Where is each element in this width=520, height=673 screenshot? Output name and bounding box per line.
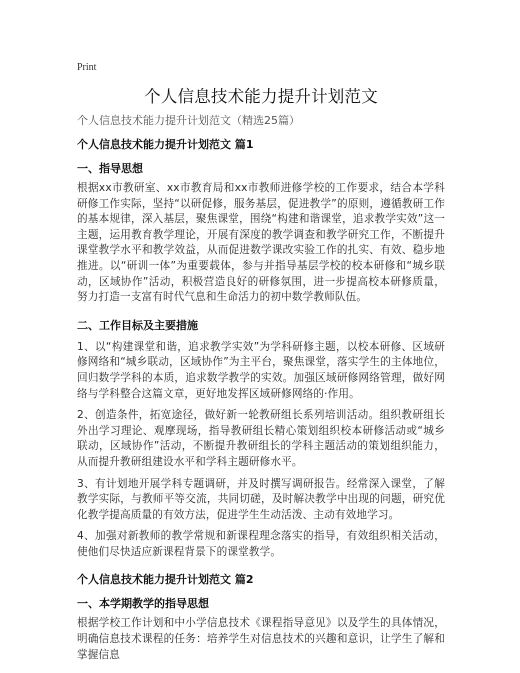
paragraph: 根据xx市教研室、xx市教育局和xx市教师进修学校的工作要求，结合本学科研修工作… bbox=[77, 181, 445, 306]
print-link[interactable]: Print bbox=[77, 60, 445, 76]
section-heading: 一、指导思想 bbox=[77, 161, 445, 177]
section-heading: 一、本学期教学的指导思想 bbox=[77, 596, 445, 612]
paragraph: 3、有计划地开展学科专题调研，并及时撰写调研报告。经常深入课堂，了解教学实际，与… bbox=[77, 477, 445, 524]
document-page: Print 个人信息技术能力提升计划范文 个人信息技术能力提升计划范文（精选25… bbox=[77, 60, 445, 663]
paragraph: 1、以“构建课堂和谐，追求教学实效”为学科研修主题，以校本研修、区域研修网络和“… bbox=[77, 340, 445, 402]
article-heading: 个人信息技术能力提升计划范文 篇1 bbox=[77, 137, 445, 153]
page-title: 个人信息技术能力提升计划范文 bbox=[77, 86, 445, 108]
paragraph: 4、加强对新教师的教学常规和新课程理念落实的指导，有效组织相关活动，使他们尽快适… bbox=[77, 529, 445, 560]
paragraph: 2、创造条件，拓宽途径，做好新一轮教研组长系列培训活动。组织教研组长外出学习理论… bbox=[77, 408, 445, 470]
article-heading: 个人信息技术能力提升计划范文 篇2 bbox=[77, 572, 445, 588]
page-subtitle: 个人信息技术能力提升计划范文（精选25篇） bbox=[77, 113, 445, 129]
paragraph: 根据学校工作计划和中小学信息技术《课程指导意见》以及学生的具体情况，明确信息技术… bbox=[77, 616, 445, 663]
section-heading: 二、工作目标及主要措施 bbox=[77, 318, 445, 334]
